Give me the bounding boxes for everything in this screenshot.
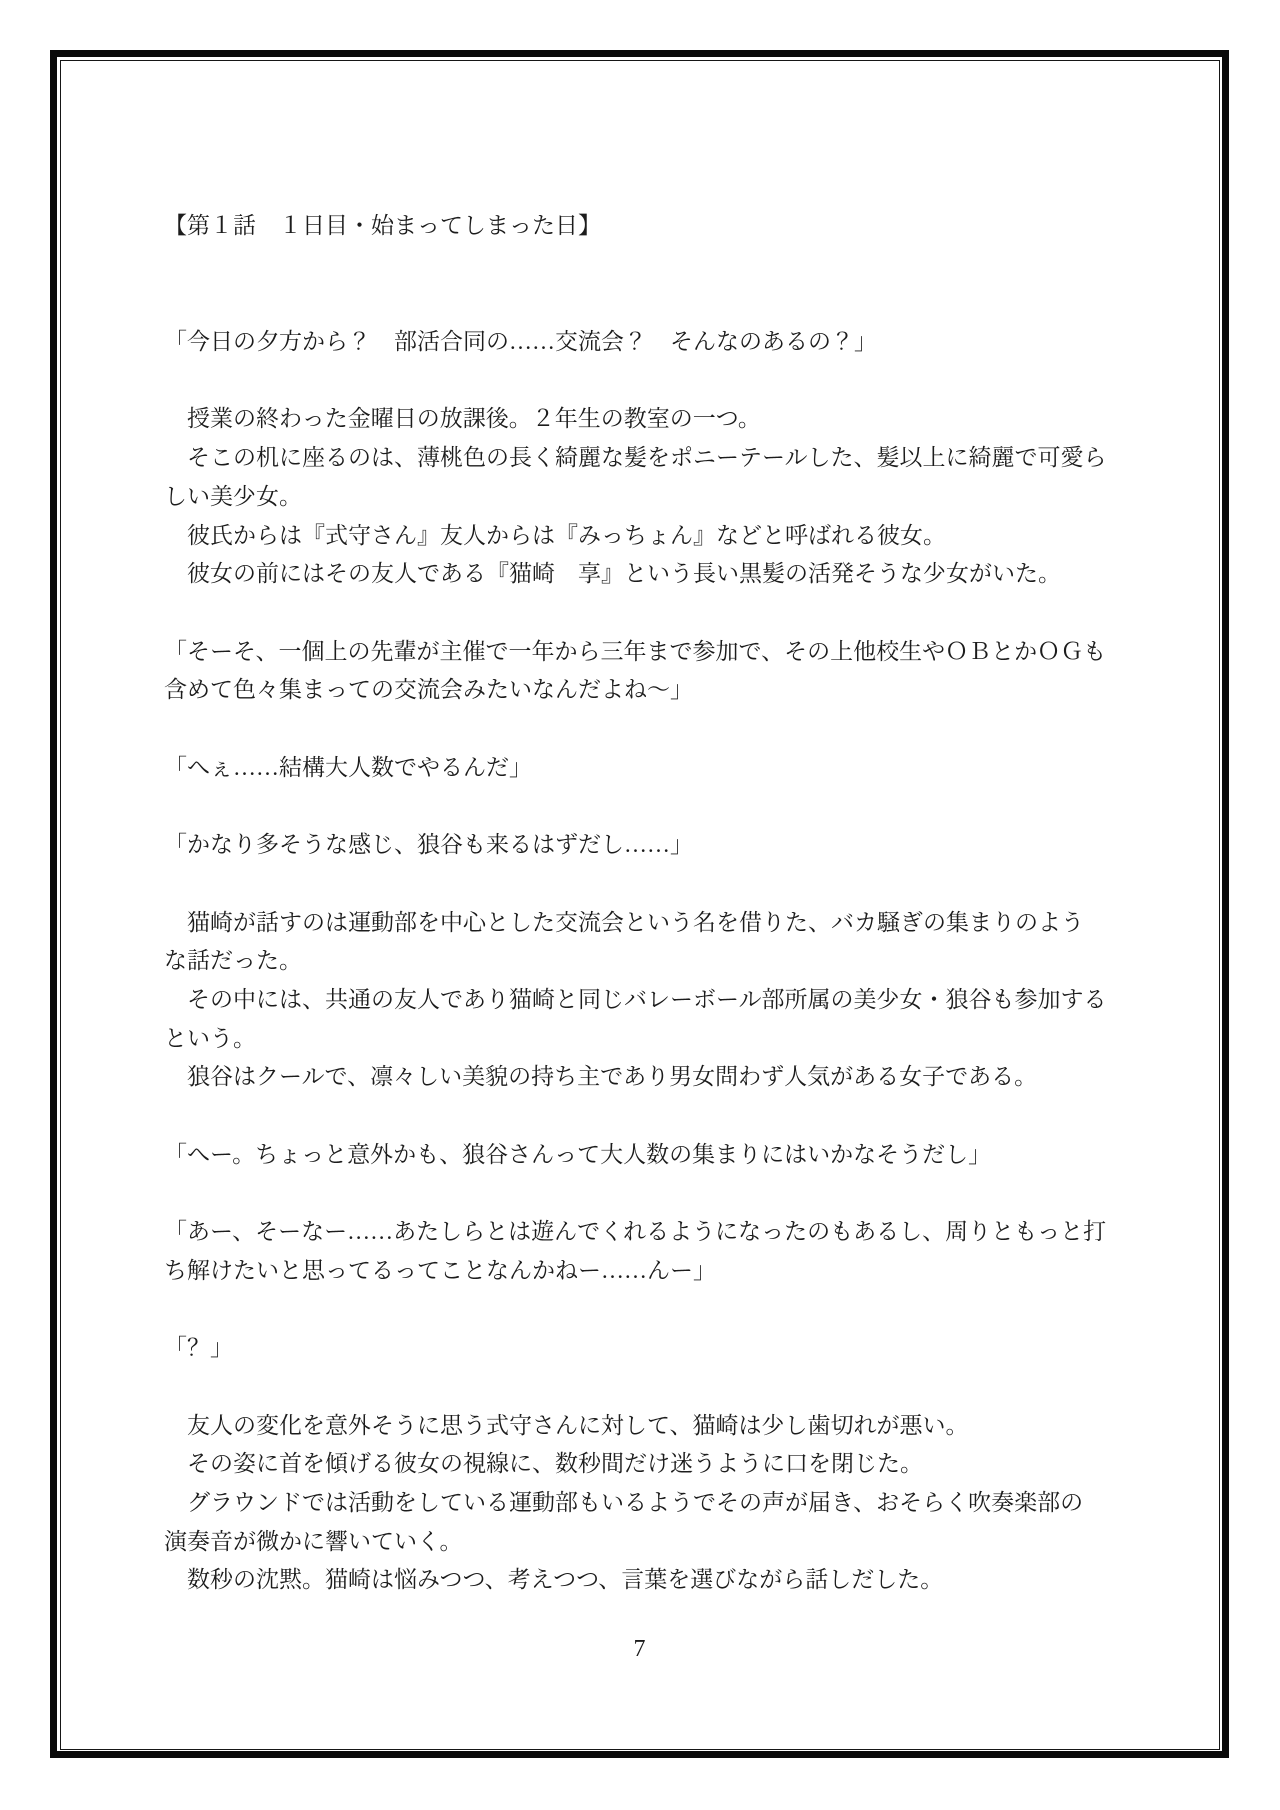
chapter-title: 【第１話 １日目・始まってしまった日】 xyxy=(164,207,1114,246)
text-line: ち解けたいと思ってるってことなんかねー……んー」 xyxy=(164,1252,1114,1291)
text-line: 彼女の前にはその友人である『猫崎 享』という長い黒髪の活発そうな少女がいた。 xyxy=(164,555,1114,594)
dialogue-block: 「？」 xyxy=(164,1329,1114,1368)
dialogue-block: 「へぇ……結構大人数でやるんだ」 xyxy=(164,749,1114,788)
dialogue-block: 「かなり多そうな感じ、狼谷も来るはずだし……」 xyxy=(164,826,1114,865)
novel-page: 【第１話 １日目・始まってしまった日】 「今日の夕方から？ 部活合同の……交流会… xyxy=(0,0,1280,1810)
text-line: 演奏音が微かに響いていく。 xyxy=(164,1523,1114,1562)
text-line: 数秒の沈黙。猫崎は悩みつつ、考えつつ、言葉を選びながら話しだした。 xyxy=(164,1561,1114,1600)
text-line: 猫崎が話すのは運動部を中心とした交流会という名を借りた、バカ騒ぎの集まりのよう xyxy=(164,904,1114,943)
text-line: しい美少女。 xyxy=(164,478,1114,517)
dialogue-block: 「今日の夕方から？ 部活合同の……交流会？ そんなのあるの？」 xyxy=(164,323,1114,362)
text-line: 友人の変化を意外そうに思う式守さんに対して、猫崎は少し歯切れが悪い。 xyxy=(164,1407,1114,1446)
page-number: 7 xyxy=(59,1634,1220,1664)
text-line: 「あー、そーなー……あたしらとは遊んでくれるようになったのもあるし、周りともっと… xyxy=(164,1213,1114,1252)
text-line: 「かなり多そうな感じ、狼谷も来るはずだし……」 xyxy=(164,826,1114,865)
narration-block: 授業の終わった金曜日の放課後。２年生の教室の一つ。 そこの机に座るのは、薄桃色の… xyxy=(164,400,1114,594)
text-line: 「へぇ……結構大人数でやるんだ」 xyxy=(164,749,1114,788)
narration-block: 友人の変化を意外そうに思う式守さんに対して、猫崎は少し歯切れが悪い。 その姿に首… xyxy=(164,1407,1114,1601)
text-line: 「今日の夕方から？ 部活合同の……交流会？ そんなのあるの？」 xyxy=(164,323,1114,362)
text-line: その姿に首を傾げる彼女の視線に、数秒間だけ迷うように口を閉じた。 xyxy=(164,1445,1114,1484)
text-line: という。 xyxy=(164,1020,1114,1059)
text-line: 含めて色々集まっての交流会みたいなんだよね〜」 xyxy=(164,671,1114,710)
text-line: 「？」 xyxy=(164,1329,1114,1368)
text-line: 狼谷はクールで、凛々しい美貌の持ち主であり男女問わず人気がある女子である。 xyxy=(164,1058,1114,1097)
text-line: 「へー。ちょっと意外かも、狼谷さんって大人数の集まりにはいかなそうだし」 xyxy=(164,1136,1114,1175)
dialogue-block: 「そーそ、一個上の先輩が主催で一年から三年まで参加で、その上他校生やＯＢとかＯＧ… xyxy=(164,633,1114,710)
dialogue-block: 「あー、そーなー……あたしらとは遊んでくれるようになったのもあるし、周りともっと… xyxy=(164,1213,1114,1290)
text-line: 「そーそ、一個上の先輩が主催で一年から三年まで参加で、その上他校生やＯＢとかＯＧ… xyxy=(164,633,1114,672)
text-line: その中には、共通の友人であり猫崎と同じバレーボール部所属の美少女・狼谷も参加する xyxy=(164,981,1114,1020)
narration-block: 猫崎が話すのは運動部を中心とした交流会という名を借りた、バカ騒ぎの集まりのよう … xyxy=(164,904,1114,1098)
text-line: そこの机に座るのは、薄桃色の長く綺麗な髪をポニーテールした、髪以上に綺麗で可愛ら xyxy=(164,439,1114,478)
dialogue-block: 「へー。ちょっと意外かも、狼谷さんって大人数の集まりにはいかなそうだし」 xyxy=(164,1136,1114,1175)
text-line: 彼氏からは『式守さん』友人からは『みっちょん』などと呼ばれる彼女。 xyxy=(164,517,1114,556)
text-area: 【第１話 １日目・始まってしまった日】 「今日の夕方から？ 部活合同の……交流会… xyxy=(164,207,1114,1600)
text-line: グラウンドでは活動をしている運動部もいるようでその声が届き、おそらく吹奏楽部の xyxy=(164,1484,1114,1523)
text-line: な話だった。 xyxy=(164,942,1114,981)
text-line: 授業の終わった金曜日の放課後。２年生の教室の一つ。 xyxy=(164,400,1114,439)
